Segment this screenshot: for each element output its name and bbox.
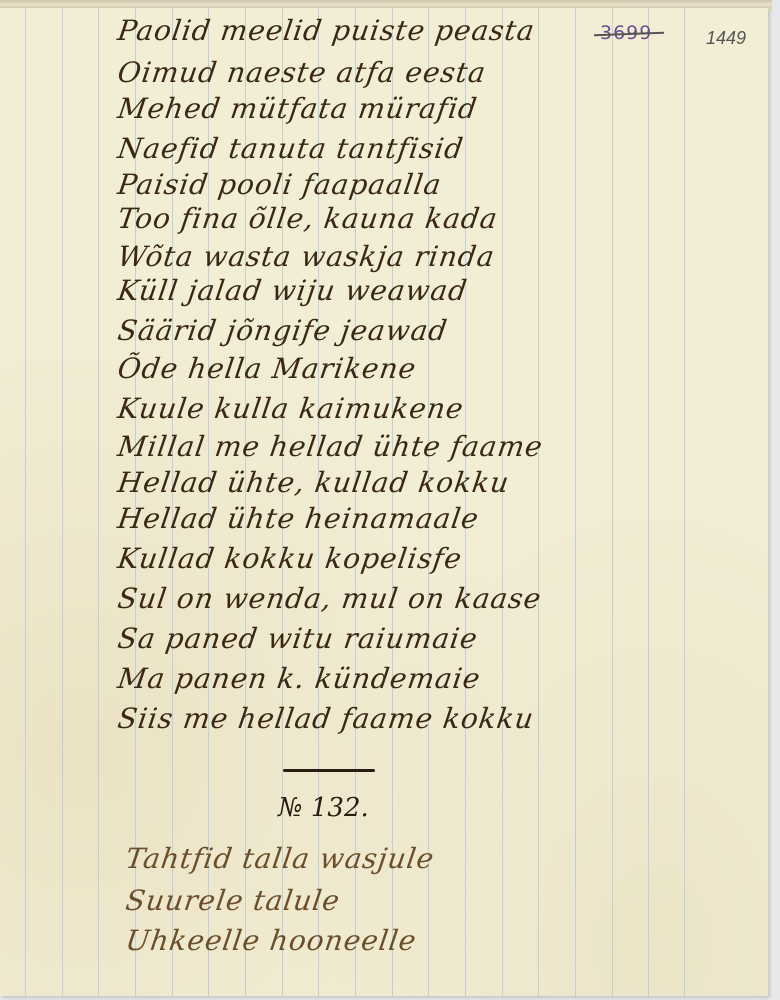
rule-line [62,8,63,996]
rule-line [575,8,576,996]
poem-line: Küll jalad wiju weawad [116,274,470,307]
section-divider [283,769,375,772]
poem-line: Oimud naeste atfa eesta [116,56,489,89]
poem-line: Sul on wenda, mul on kaase [116,582,544,615]
poem-line: Millal me hellad ühte faame [116,430,545,463]
poem-line: Sa paned witu raiumaie [116,622,480,655]
poem-line: Wõta wasta waskja rinda [116,240,497,273]
next-song-line: Uhkeelle hooneelle [124,924,419,957]
poem-line: Õde hella Marikene [116,352,419,385]
poem-line: Ma panen k. kündemaie [116,662,483,695]
poem-line: Hellad ühte heinamaale [116,502,482,535]
next-song-line: Suurele talule [124,884,343,917]
rule-line [648,8,649,996]
rule-line [684,8,685,996]
poem-line: Naefid tanuta tantfisid [116,132,466,165]
poem-line: Siis me hellad faame kokku [116,702,537,735]
rule-line [98,8,99,996]
poem-line: Paisid pooli faapaalla [116,168,444,201]
poem-line: Kuule kulla kaimukene [116,392,466,425]
archive-number-pencil: 1449 [706,28,746,49]
rule-line [612,8,613,996]
rule-line [538,8,539,996]
poem-line: Kullad kokku kopelisfe [116,542,465,575]
poem-line: Hellad ühte, kullad kokku [116,466,512,499]
poem-line: Paolid meelid puiste peasta [116,14,537,47]
poem-line: Mehed mütfata mürafid [116,92,480,125]
archive-number-struck: 3699 [600,22,652,44]
poem-line: Säärid jõngife jeawad [116,314,450,347]
rule-line [25,8,26,996]
song-number: № 132. [278,793,369,823]
rule-line [502,8,503,996]
poem-line: Too fina õlle, kauna kada [116,202,500,235]
next-song-line: Tahtfid talla wasjule [124,842,437,875]
